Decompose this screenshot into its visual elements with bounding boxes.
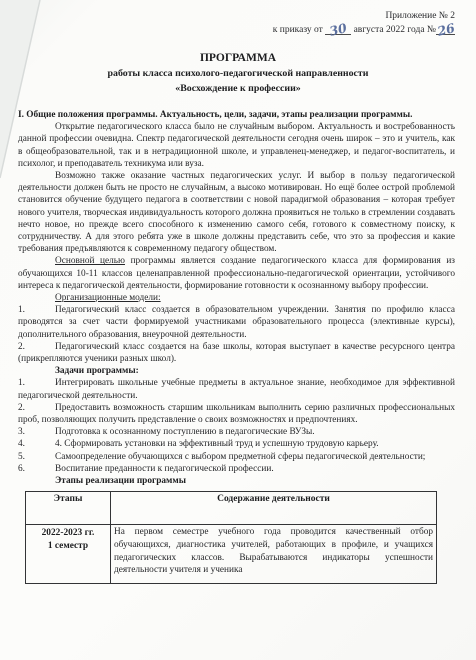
handwritten-number-slot: 26: [436, 23, 455, 35]
tasks-heading: Задачи программы:: [18, 365, 455, 377]
task-item-2: 2.Предоставить возможность старшим школь…: [18, 402, 455, 426]
model-item-1-text: Педагогический класс создается в образов…: [18, 305, 455, 339]
stages-table-header-row: Этапы Содержание деятельности: [26, 492, 437, 525]
task-item-4-number: 4.: [18, 438, 55, 450]
paragraph-goal: Основной целью программы является создан…: [18, 255, 455, 292]
order-middle: августа 2022 года №: [354, 25, 436, 35]
task-item-6: 6.Воспитание преданности к педагогическо…: [18, 463, 455, 475]
model-item-1-number: 1.: [18, 304, 55, 316]
document-body: I. Общие положения программы. Актуальнос…: [18, 109, 455, 487]
document-title: ПРОГРАММА работы класса психолого-педаго…: [0, 50, 476, 96]
stages-column-header: Этапы: [26, 492, 111, 525]
model-item-2: 2.Педагогический класс создается на базе…: [18, 341, 455, 365]
task-item-2-text: Предоставить возможность старшим школьни…: [18, 403, 455, 425]
task-item-2-number: 2.: [18, 402, 55, 414]
title-line-subtitle: работы класса психолого-педагогической н…: [0, 66, 476, 81]
task-item-3-number: 3.: [18, 426, 55, 438]
task-item-4: 4.4. Сформировать установки на эффективн…: [18, 438, 455, 450]
paragraph-intro: Открытие педагогического класса было не …: [18, 121, 455, 170]
handwritten-day-slot: 30: [325, 23, 351, 35]
model-item-1: 1.Педагогический класс создается в образ…: [18, 304, 455, 341]
order-prefix: к приказу от: [273, 25, 323, 35]
table-row: 2022-2023 гг. 1 семестр На первом семест…: [26, 525, 437, 584]
stage-period-cell: 2022-2023 гг. 1 семестр: [26, 525, 111, 584]
stages-heading: Этапы реализации программы: [18, 475, 455, 487]
section-heading: I. Общие положения программы. Актуальнос…: [18, 109, 455, 121]
stage-semester: 1 семестр: [27, 540, 109, 553]
handwritten-day: 30: [329, 23, 348, 37]
task-item-5-number: 5.: [18, 451, 55, 463]
paragraph-motivation: Возможно также оказание частных педагоги…: [18, 170, 455, 255]
task-item-4-text: 4. Сформировать установки на эффективный…: [55, 439, 379, 449]
handwritten-order-number: 26: [436, 23, 455, 37]
order-line: к приказу от 30 августа 2022 года №26: [0, 23, 455, 37]
task-item-1: 1.Интегрировать школьные учебные предмет…: [18, 377, 455, 401]
task-item-5-text: Самоопределение обучающихся с выбором пр…: [55, 452, 425, 462]
appendix-header: Приложение № 2 к приказу от 30 августа 2…: [0, 0, 476, 37]
title-line-program: ПРОГРАММА: [0, 50, 476, 66]
stage-content-cell: На первом семестре учебного года проводи…: [111, 525, 437, 584]
models-heading: Организационные модели:: [18, 292, 455, 304]
stages-table: Этапы Содержание деятельности 2022-2023 …: [25, 491, 437, 584]
goal-lead-underlined: Основной целью: [55, 256, 125, 266]
model-item-2-text: Педагогический класс создается на базе ш…: [18, 342, 455, 364]
content-column-header: Содержание деятельности: [111, 492, 437, 525]
task-item-3: 3.Подготовка к осознанному поступлению в…: [18, 426, 455, 438]
task-item-1-number: 1.: [18, 377, 55, 389]
appendix-number-line: Приложение № 2: [0, 10, 455, 23]
title-line-name: «Восхождение к профессии»: [0, 81, 476, 96]
task-item-5: 5.Самоопределение обучающихся с выбором …: [18, 451, 455, 463]
task-item-3-text: Подготовка к осознанному поступлению в п…: [55, 427, 315, 437]
stage-years: 2022-2023 гг.: [27, 527, 109, 540]
task-item-1-text: Интегрировать школьные учебные предметы …: [18, 378, 455, 400]
model-item-2-number: 2.: [18, 341, 55, 353]
task-item-6-text: Воспитание преданности к педагогической …: [55, 464, 274, 474]
scanned-document-page: Приложение № 2 к приказу от 30 августа 2…: [0, 0, 476, 660]
task-item-6-number: 6.: [18, 463, 55, 475]
